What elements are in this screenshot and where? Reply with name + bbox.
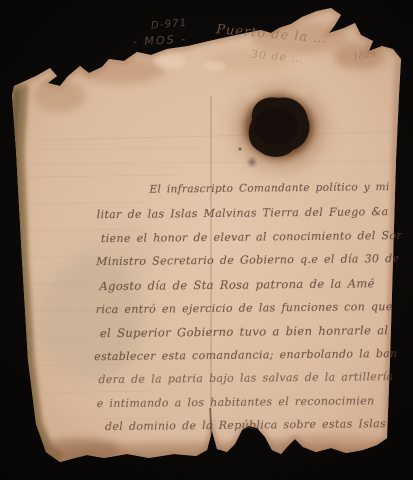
- manuscript-line-7: el Superior Gobierno tuvo a bien honrarl…: [100, 323, 389, 340]
- manuscript-line-4: Ministro Secretario de Gobierno q.e el d…: [96, 252, 399, 268]
- manuscript-line-11: del dominio de la República sobre estas …: [105, 417, 386, 433]
- manuscript-line-10: e intimando a los habitantes el reconoci…: [97, 394, 375, 410]
- manuscript-line-9: dera de la patria bajo las salvas de la …: [98, 370, 393, 386]
- manuscript-line-2: litar de las Islas Malvinas Tierra del F…: [97, 205, 389, 221]
- manuscript-line-3: tiene el honor de elevar al conocimiento…: [101, 229, 402, 245]
- manuscript-line-6: rica entró en ejercicio de las funciones…: [96, 300, 393, 316]
- manuscript-line-8: establecer esta comandancia; enarbolando…: [94, 347, 397, 363]
- photograph-of-manuscript: D-971 - MOS - Puerto de la … 30 de … 182…: [0, 0, 413, 480]
- manuscript-line-5: Agosto día de Sta Rosa patrona de la Amé: [99, 276, 374, 293]
- manuscript-body: El infrascripto Comandante político y mi…: [0, 0, 413, 480]
- manuscript-line-1: El infrascripto Comandante político y mi: [149, 181, 389, 196]
